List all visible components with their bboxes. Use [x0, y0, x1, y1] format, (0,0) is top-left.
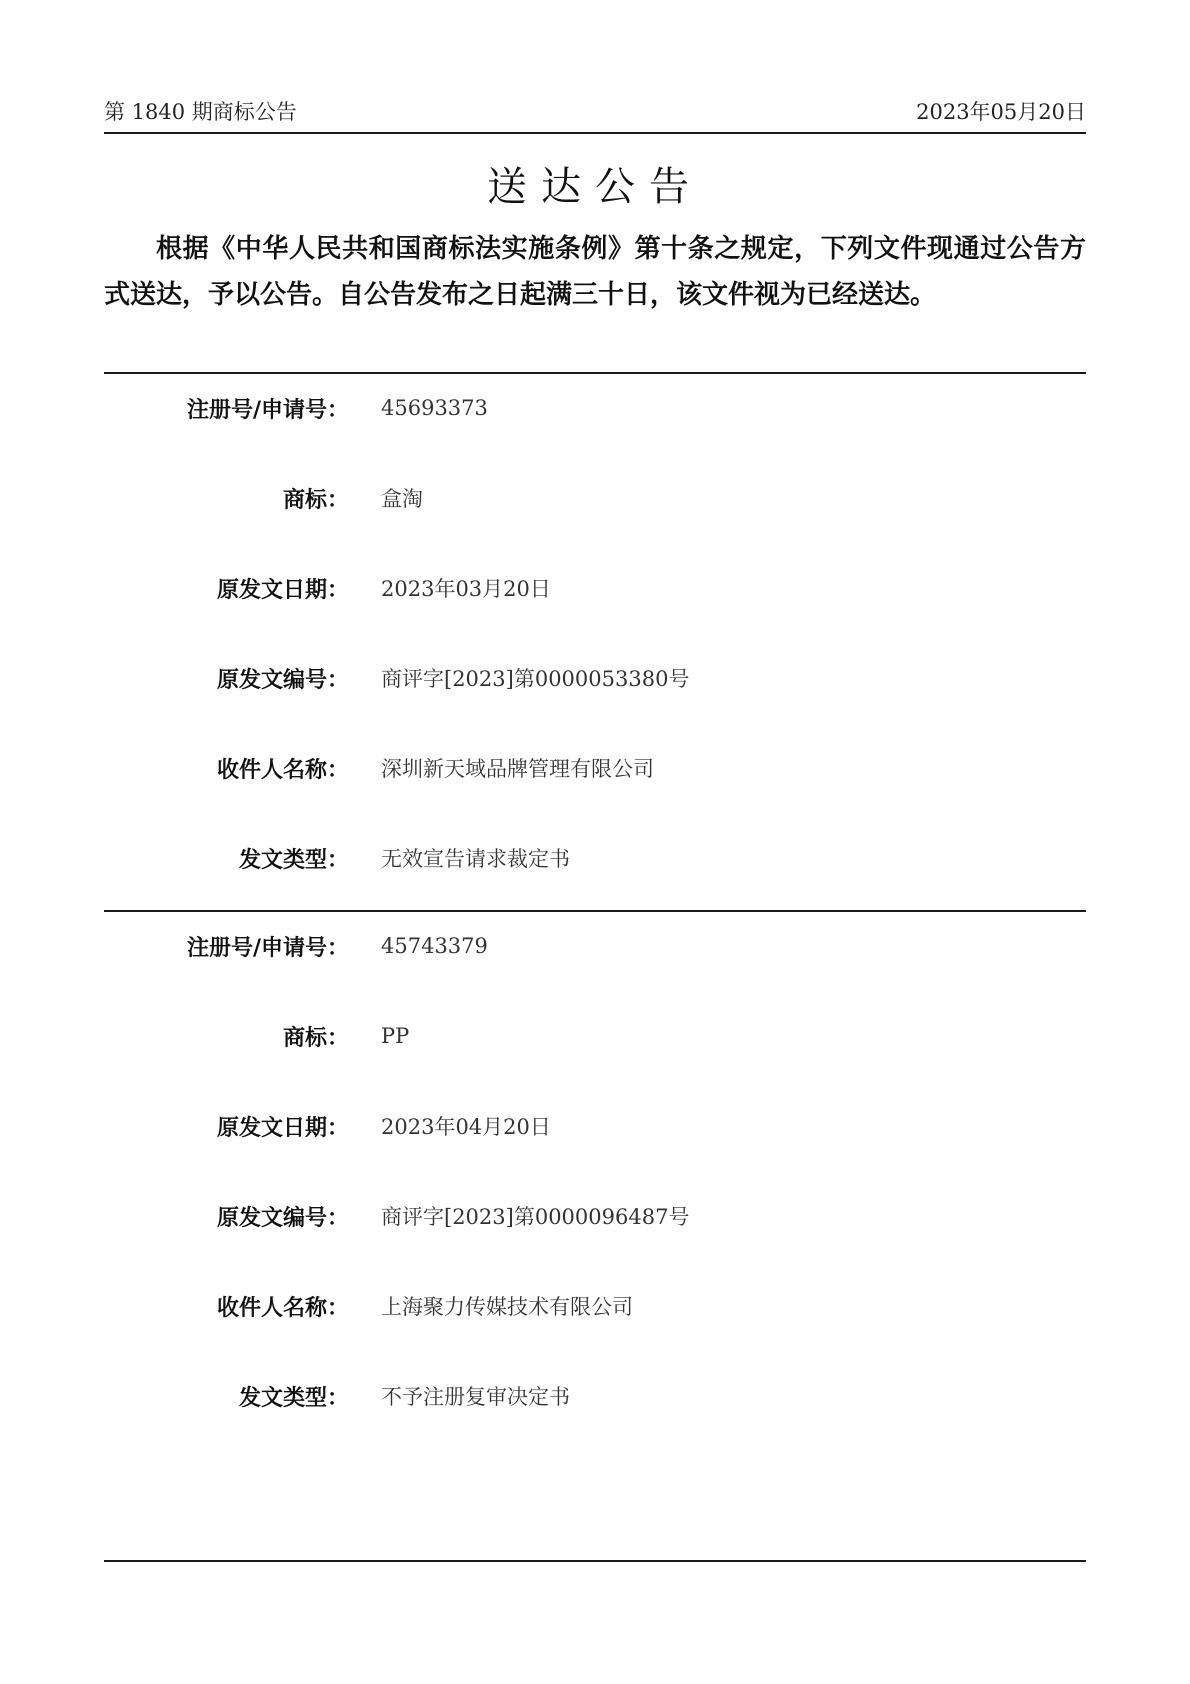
field-value: 商评字[2023]第0000096487号 [381, 1201, 689, 1231]
field-label: 收件人名称： [104, 1291, 349, 1322]
page-header: 第 1840 期商标公告 2023年05月20日 [104, 92, 1086, 126]
field-label: 收件人名称： [104, 753, 349, 784]
field-value: PP [381, 1024, 409, 1048]
issue-number: 第 1840 期商标公告 [104, 96, 297, 126]
field-recipient: 收件人名称： 深圳新天域品牌管理有限公司 [104, 752, 1086, 784]
field-recipient: 收件人名称： 上海聚力传媒技术有限公司 [104, 1290, 1086, 1322]
field-value: 不予注册复审决定书 [381, 1381, 570, 1411]
header-divider [104, 132, 1086, 134]
field-value: 2023年03月20日 [381, 573, 551, 603]
field-value: 2023年04月20日 [381, 1111, 551, 1141]
field-value: 上海聚力传媒技术有限公司 [381, 1291, 633, 1321]
field-reg-no: 注册号/申请号： 45743379 [104, 930, 1086, 962]
intro-paragraph: 根据《中华人民共和国商标法实施条例》第十条之规定，下列文件现通过公告方式送达，予… [104, 226, 1086, 318]
field-label: 注册号/申请号： [104, 393, 349, 424]
field-doc-type: 发文类型： 无效宣告请求裁定书 [104, 842, 1086, 874]
field-reg-no: 注册号/申请号： 45693373 [104, 392, 1086, 424]
field-orig-date: 原发文日期： 2023年04月20日 [104, 1110, 1086, 1142]
footer-divider [104, 1560, 1086, 1562]
field-value: 45693373 [381, 396, 488, 420]
header-date: 2023年05月20日 [916, 96, 1086, 126]
field-value: 45743379 [381, 934, 488, 958]
field-label: 原发文编号： [104, 1201, 349, 1232]
field-label: 原发文日期： [104, 573, 349, 604]
field-label: 商标： [104, 1021, 349, 1052]
field-label: 商标： [104, 483, 349, 514]
field-value: 盒淘 [381, 483, 423, 513]
page-title: 送达公告 [0, 155, 1190, 212]
field-orig-no: 原发文编号： 商评字[2023]第0000096487号 [104, 1200, 1086, 1232]
field-label: 发文类型： [104, 843, 349, 874]
entry-divider [104, 910, 1086, 912]
entry-divider [104, 372, 1086, 374]
field-trademark: 商标： 盒淘 [104, 482, 1086, 514]
field-orig-no: 原发文编号： 商评字[2023]第0000053380号 [104, 662, 1086, 694]
field-orig-date: 原发文日期： 2023年03月20日 [104, 572, 1086, 604]
field-value: 深圳新天域品牌管理有限公司 [381, 753, 654, 783]
field-label: 发文类型： [104, 1381, 349, 1412]
field-label: 原发文日期： [104, 1111, 349, 1142]
field-value: 商评字[2023]第0000053380号 [381, 663, 689, 693]
field-label: 原发文编号： [104, 663, 349, 694]
field-doc-type: 发文类型： 不予注册复审决定书 [104, 1380, 1086, 1412]
field-trademark: 商标： PP [104, 1020, 1086, 1052]
field-label: 注册号/申请号： [104, 931, 349, 962]
field-value: 无效宣告请求裁定书 [381, 843, 570, 873]
